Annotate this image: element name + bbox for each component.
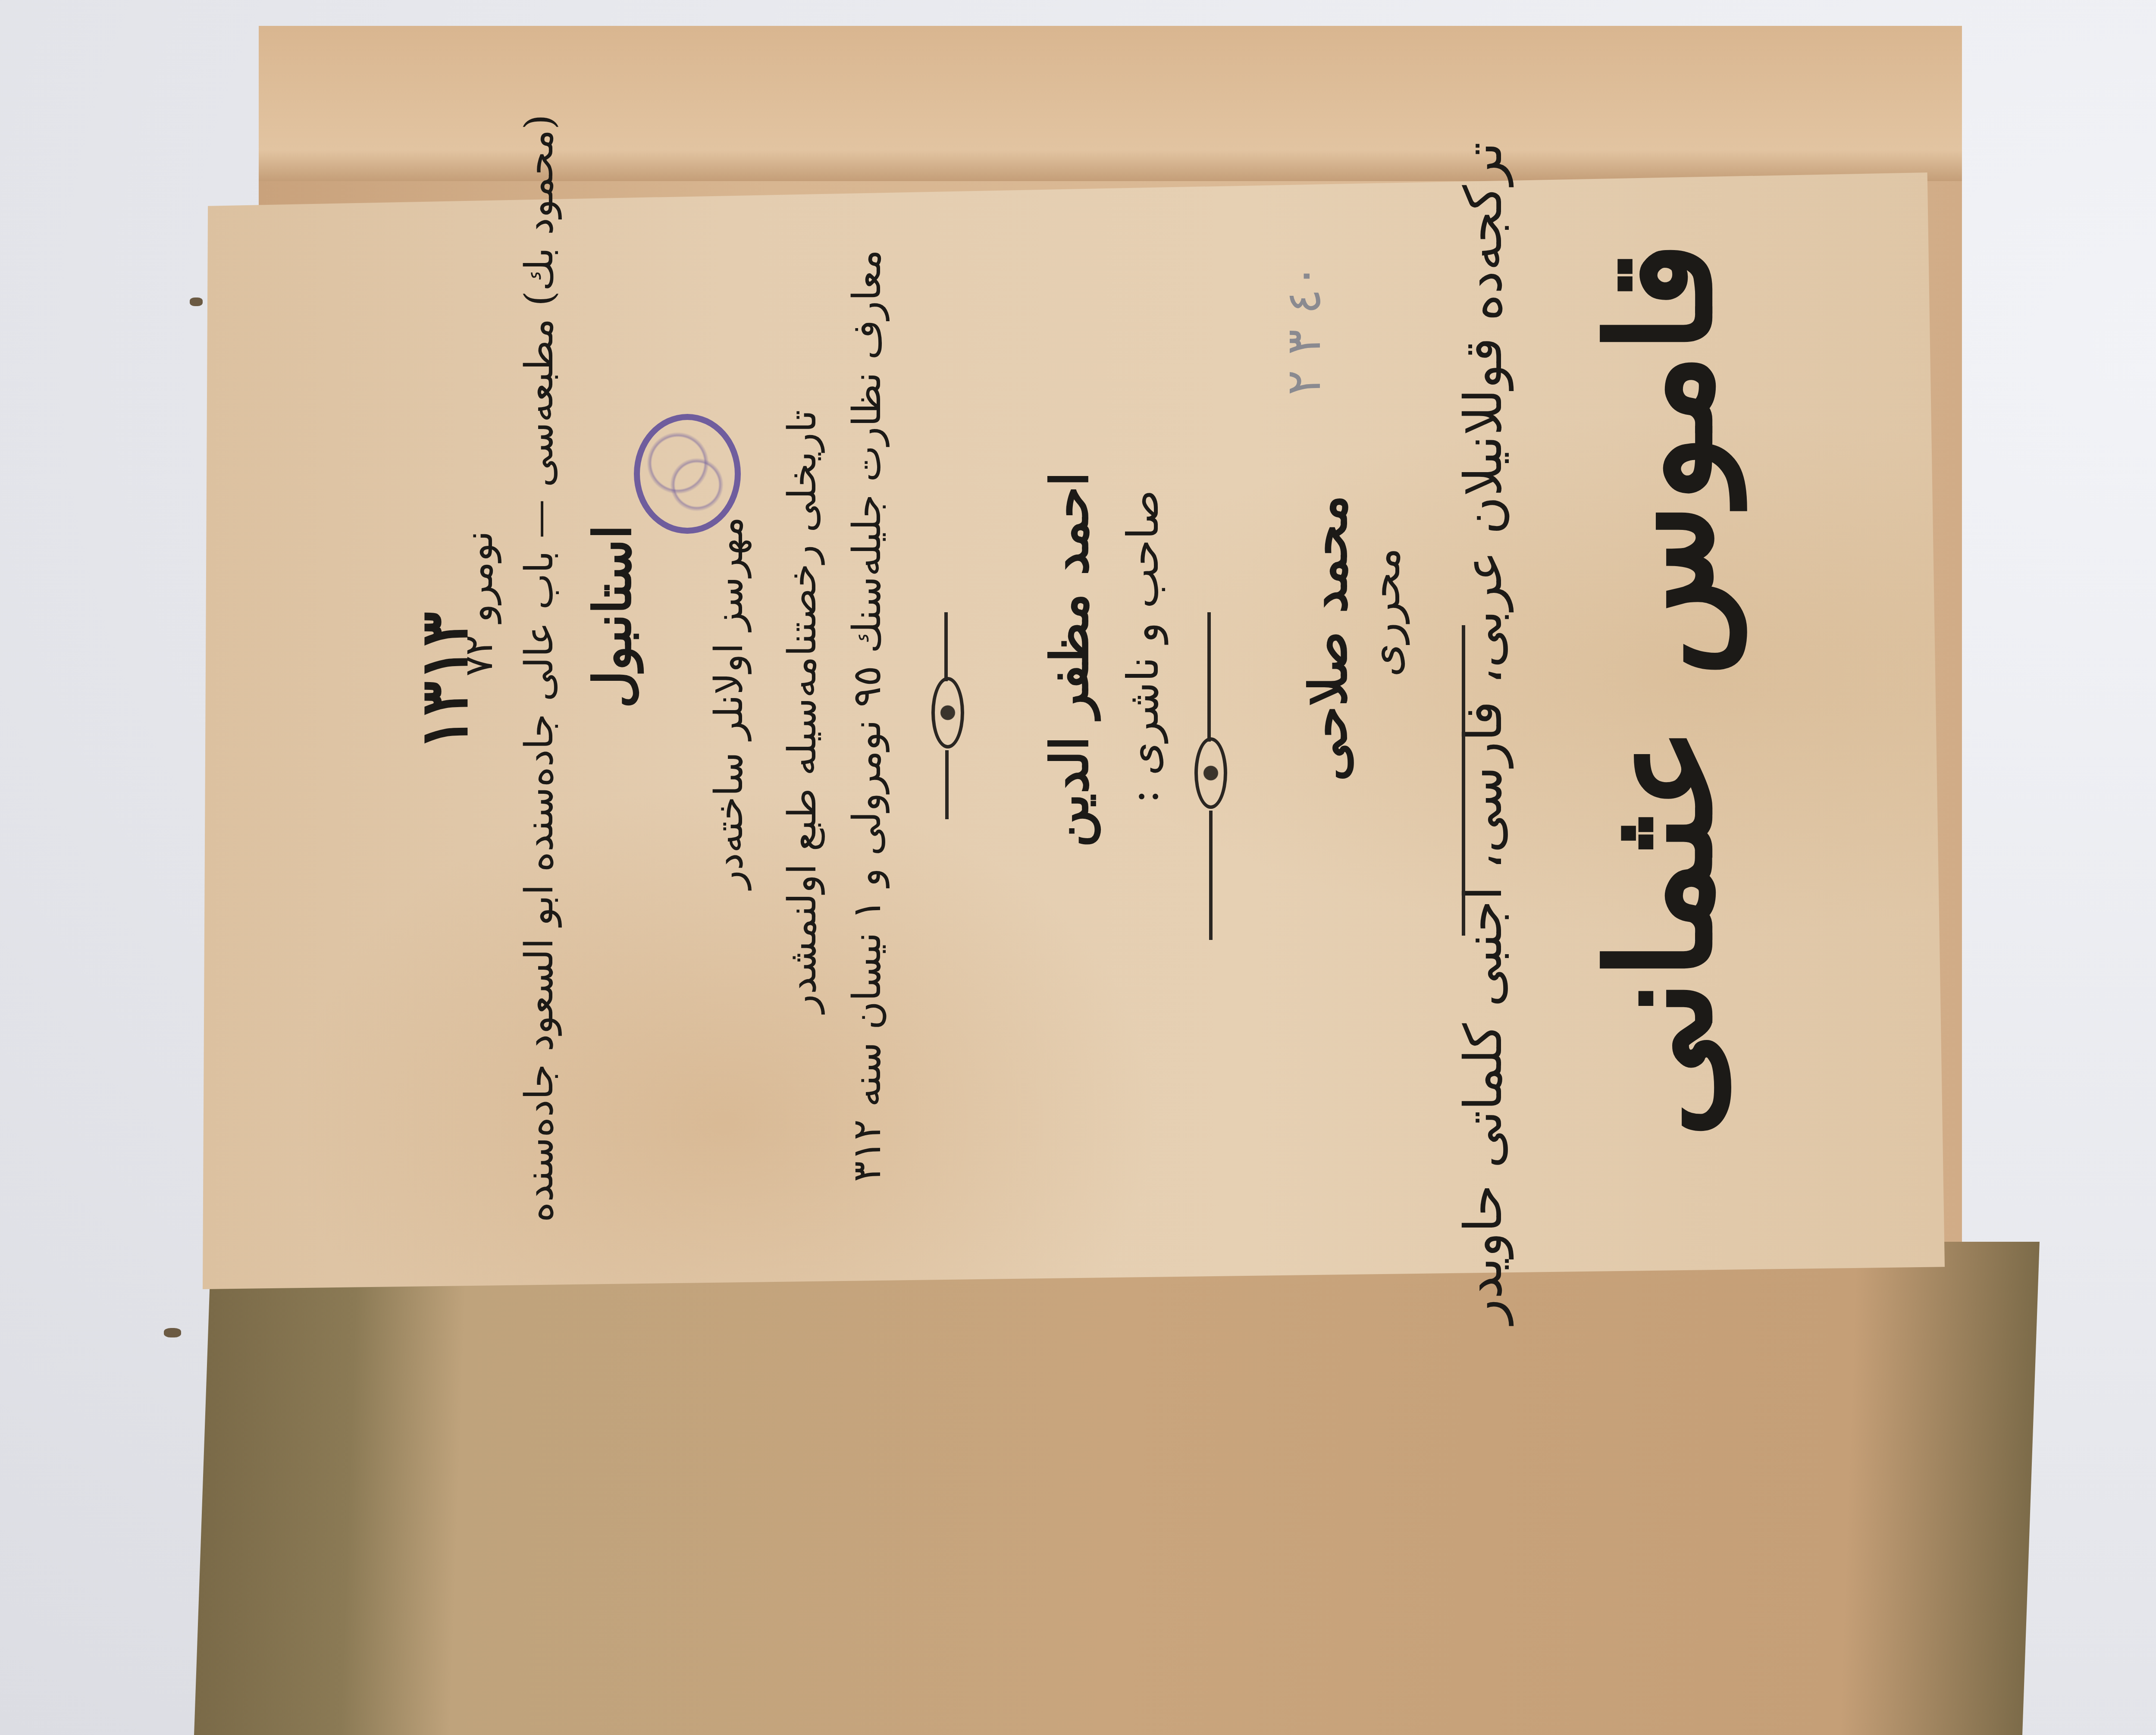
divider-rule — [944, 612, 948, 681]
debris-speck — [164, 1328, 181, 1337]
editor-label: محرری — [1359, 548, 1410, 677]
publisher-name: احمد مظفر الدين — [1039, 472, 1100, 848]
city: استانبول — [582, 525, 643, 708]
book-cover — [194, 1242, 2040, 1735]
debris-speck — [190, 298, 203, 306]
publication-year: ١٣١٣ — [406, 612, 482, 751]
pencil-notes: ٤٠ ٣ ٢ — [1276, 263, 1331, 395]
printer-line: (محمود بك) مطبعەسی — باب عالی جادەسنده ا… — [517, 114, 562, 1222]
publisher-label: صاحب و ناشری : — [1118, 490, 1168, 804]
permission-line-1: معارف نظارت جليلەسنك ٩٥ نومرولی و ١ نيسا… — [844, 250, 890, 1182]
ornament-icon — [931, 677, 964, 748]
purple-seal-stamp — [634, 414, 741, 534]
divider-rule — [1209, 811, 1213, 940]
ornament-icon — [1194, 737, 1227, 809]
title-page-text: قاموس عثمانی تركجەدە قوللانيلان عربی، فا… — [203, 172, 1945, 1289]
editor-name: محمد صلاحی — [1298, 495, 1359, 781]
counterfeit-notice: مهرسز اولانلر ساختەدر — [706, 517, 752, 889]
divider-rule — [1462, 625, 1465, 936]
permission-line-2: تاريخلی رخصتنامەسيلە طبع اولنمشدر — [780, 410, 825, 1013]
book-title: قاموس عثمانی — [1576, 242, 1744, 1138]
divider-rule — [945, 750, 949, 819]
page-edge — [259, 26, 1962, 181]
divider-rule — [1207, 612, 1211, 742]
